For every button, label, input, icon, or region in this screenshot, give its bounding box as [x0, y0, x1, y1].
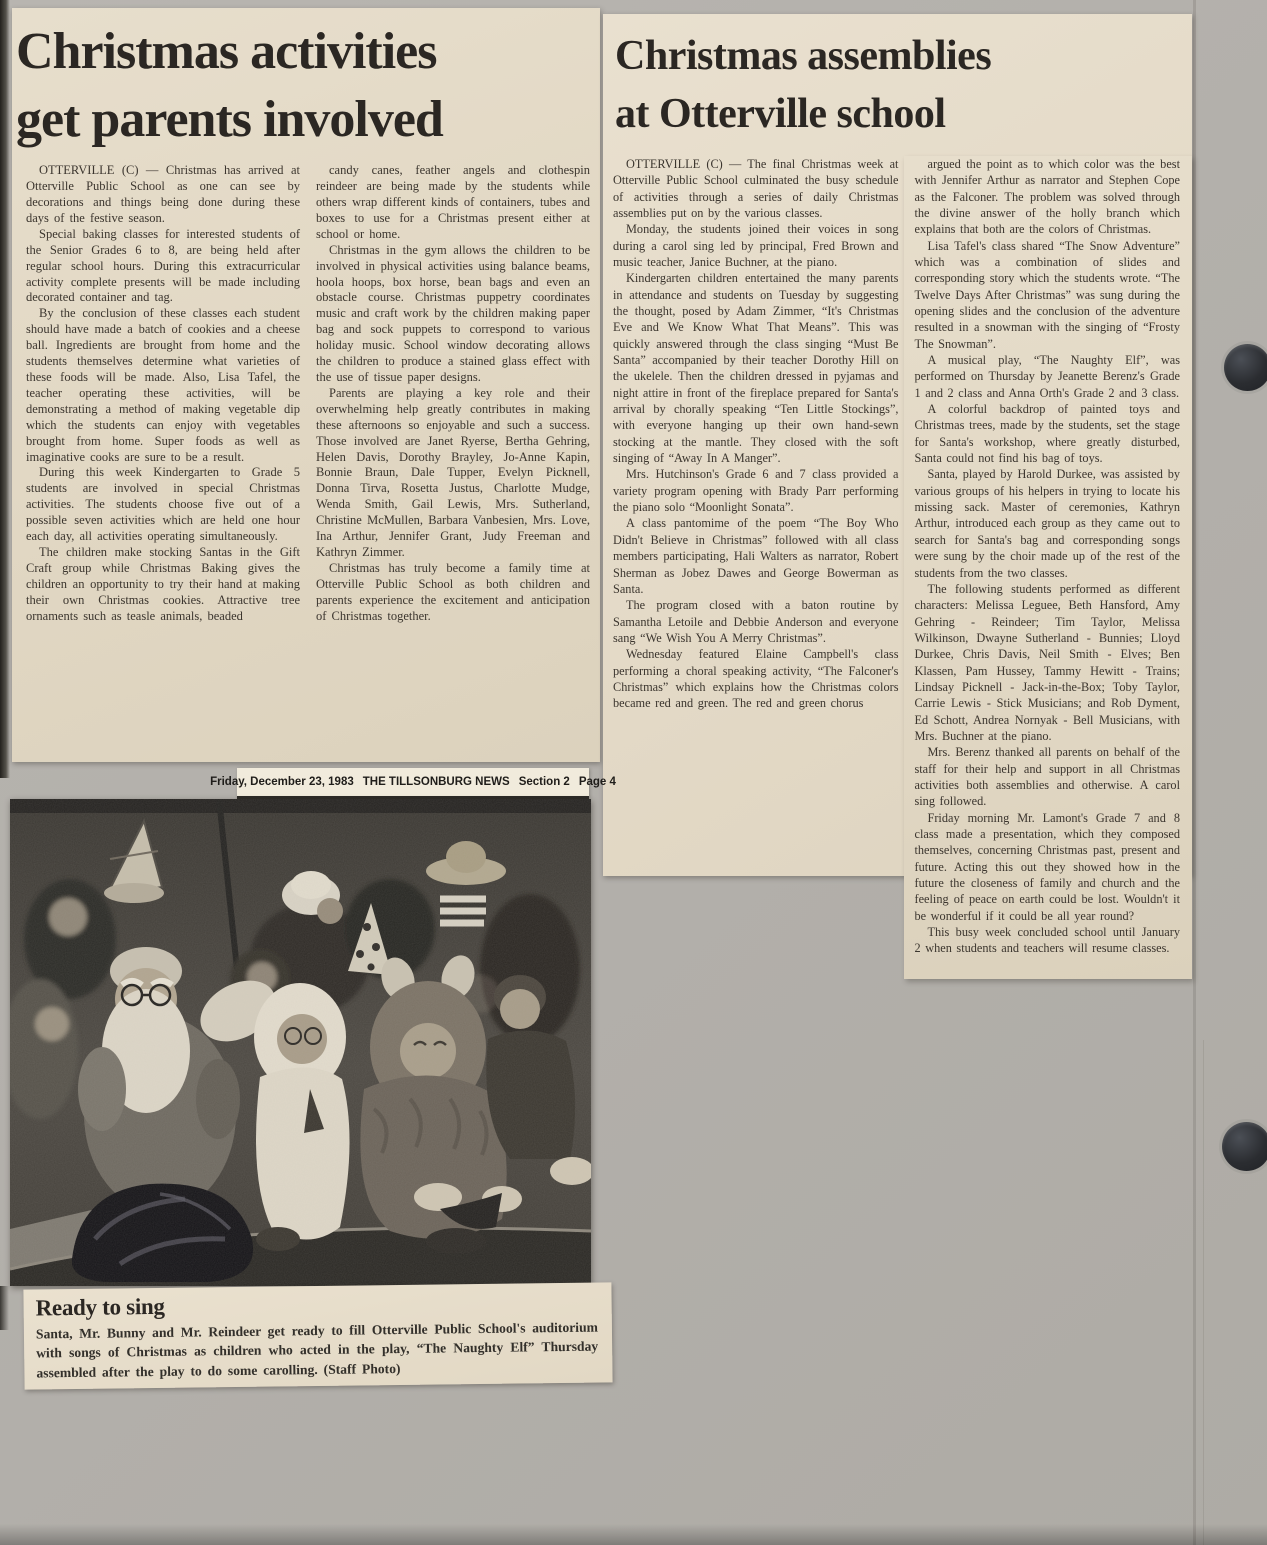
page-crease: [1193, 0, 1196, 1545]
paragraph: This busy week concluded school until Ja…: [914, 924, 1180, 957]
paragraph: Monday, the students joined their voices…: [613, 221, 898, 270]
article-left-column-1: OTTERVILLE (C) — Christmas has arrived a…: [26, 163, 300, 624]
paragraph: Mrs. Hutchinson's Grade 6 and 7 class pr…: [613, 466, 898, 515]
dateline-paper: THE TILLSONBURG NEWS: [363, 776, 510, 788]
article-right-clipping: Christmas assemblies at Otterville schoo…: [603, 14, 1192, 876]
paragraph: By the conclusion of these classes each …: [26, 306, 300, 465]
paragraph: Special baking classes for interested st…: [26, 227, 300, 307]
paragraph: A class pantomime of the poem “The Boy W…: [613, 515, 898, 597]
caption-text: Santa, Mr. Bunny and Mr. Reindeer get re…: [36, 1318, 599, 1383]
page-edge-mark: [0, 1286, 9, 1330]
dateline-strip: Friday, December 23, 1983 THE TILLSONBUR…: [237, 768, 589, 799]
paragraph: Kindergarten children entertained the ma…: [613, 270, 898, 466]
dateline-page: Page 4: [579, 776, 616, 788]
paragraph: Parents are playing a key role and their…: [316, 386, 590, 561]
paragraph: A musical play, “The Naughty Elf”, was p…: [914, 352, 1180, 401]
paragraph: Santa, played by Harold Durkee, was assi…: [914, 466, 1180, 580]
headline-line: Christmas assemblies: [615, 33, 991, 79]
article-left-headline: Christmas activities get parents involve…: [16, 18, 594, 153]
photo-caption-clipping: Ready to sing Santa, Mr. Bunny and Mr. R…: [23, 1282, 612, 1389]
photo-illustration: [10, 799, 591, 1286]
paragraph: Mrs. Berenz thanked all parents on behal…: [914, 744, 1180, 809]
paragraph: The program closed with a baton routine …: [613, 597, 898, 646]
article-left-body: OTTERVILLE (C) — Christmas has arrived a…: [12, 159, 600, 624]
page-crease-lower: [1203, 1040, 1204, 1545]
caption-title: Ready to sing: [35, 1289, 597, 1322]
headline-line: at Otterville school: [615, 91, 946, 137]
paragraph: OTTERVILLE (C) — The final Christmas wee…: [613, 156, 898, 221]
paragraph: Christmas in the gym allows the children…: [316, 243, 590, 386]
hole-punch-top: [1224, 344, 1267, 391]
dateline-section: Section 2: [519, 776, 570, 788]
paragraph: Lisa Tafel's class shared “The Snow Adve…: [914, 238, 1180, 352]
hole-punch-bottom: [1222, 1122, 1267, 1171]
paragraph: The children make stocking Santas in the…: [26, 545, 300, 625]
headline-line: Christmas activities: [16, 23, 436, 80]
photo: [10, 799, 591, 1286]
paragraph: argued the point as to which color was t…: [914, 156, 1180, 238]
article-right-column-1: OTTERVILLE (C) — The final Christmas wee…: [613, 156, 898, 712]
paragraph: candy canes, feather angels and clothesp…: [316, 163, 590, 243]
dateline-date: Friday, December 23, 1983: [210, 776, 354, 788]
article-left-column-2: candy canes, feather angels and clothesp…: [316, 163, 590, 624]
paragraph: During this week Kindergarten to Grade 5…: [26, 465, 300, 545]
article-right-headline: Christmas assemblies at Otterville schoo…: [615, 28, 1182, 144]
article-right-column-2: argued the point as to which color was t…: [904, 156, 1192, 979]
paragraph: The following students performed as diff…: [914, 581, 1180, 744]
paragraph: A colorful backdrop of painted toys and …: [914, 401, 1180, 466]
headline-line: get parents involved: [16, 91, 443, 148]
page-edge-shadow: [0, 0, 10, 778]
paragraph: OTTERVILLE (C) — Christmas has arrived a…: [26, 163, 300, 227]
paragraph: Friday morning Mr. Lamont's Grade 7 and …: [914, 810, 1180, 924]
paragraph: Christmas has truly become a family time…: [316, 561, 590, 625]
page-bottom-shadow: [0, 1524, 1267, 1545]
article-right-body: OTTERVILLE (C) — The final Christmas wee…: [603, 154, 1192, 979]
article-left-clipping: Christmas activities get parents involve…: [12, 8, 600, 762]
paragraph: Wednesday featured Elaine Campbell's cla…: [613, 646, 898, 711]
photo-grain-overlay: [10, 799, 591, 1286]
